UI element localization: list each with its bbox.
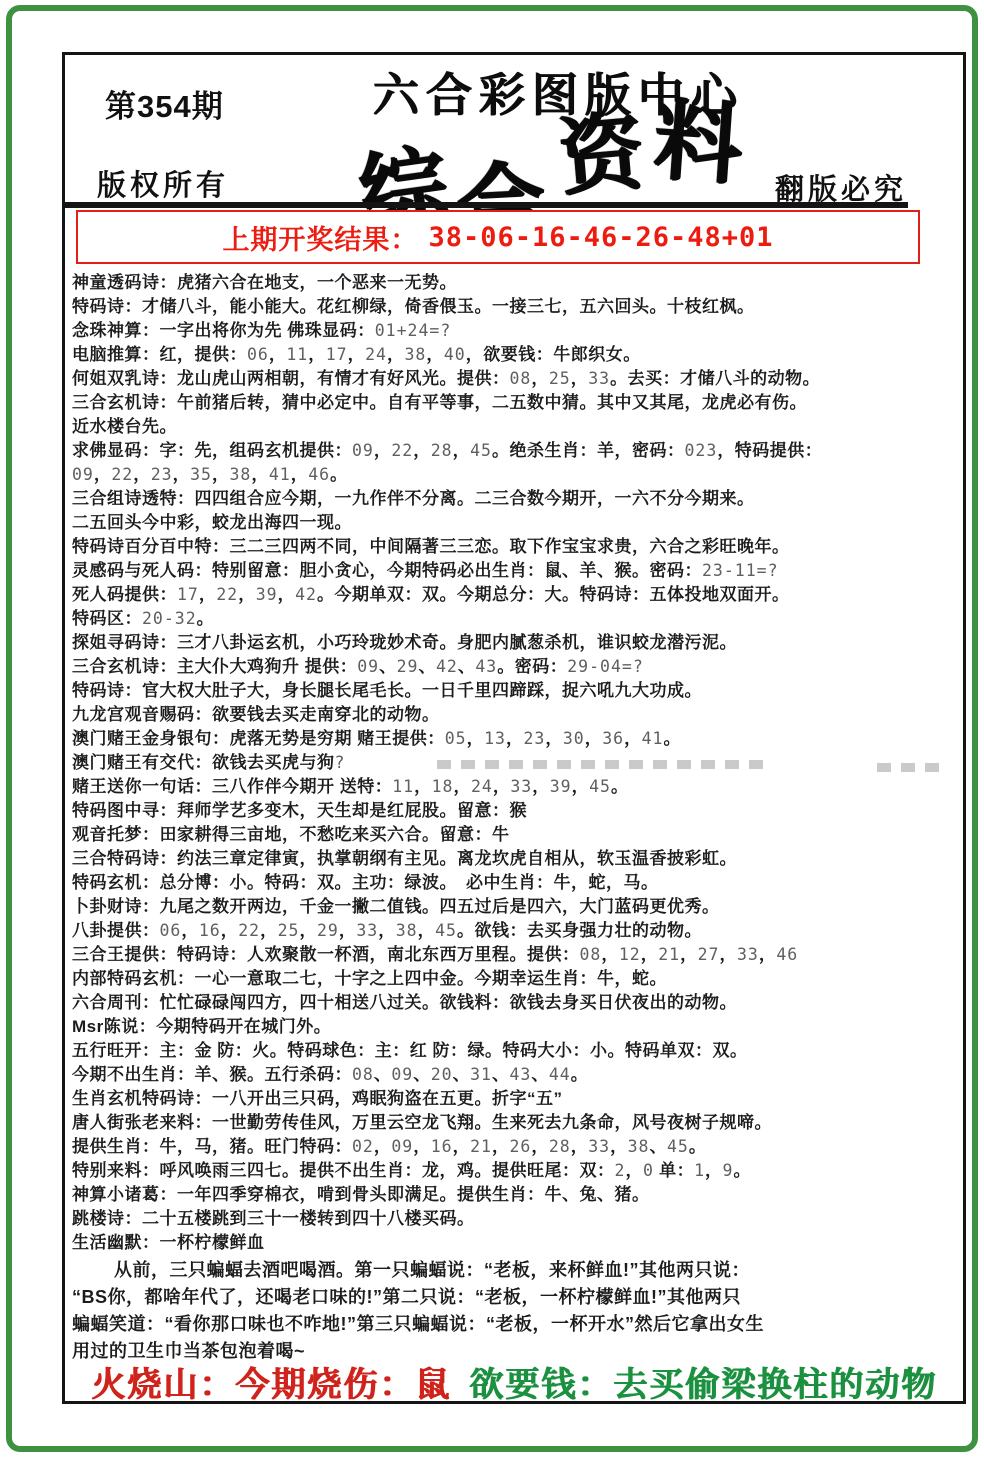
content-box: 第354期 六合彩图版中心 综合资料 版权所有 翻版必究 上期开奖结果： 38-… [62, 52, 966, 1404]
text-line: 六合周刊：忙忙碌碌闯四方，四十相送八过关。欲钱料：欲钱去身买日伏夜出的动物。 [72, 991, 961, 1015]
text-line: 求佛显码：字：先，组码玄机提供：09，22，28，45。绝杀生肖：羊，密码：02… [72, 439, 961, 463]
text-line: 三合玄机诗：午前猪后转，猜中必定中。自有平等事，二五数中猜。其中又其尾，龙虎必有… [72, 391, 961, 415]
footer-banner-green-text: 欲要钱：去买偷梁换柱的动物 [469, 1357, 937, 1406]
text-line: 澳门赌王金身银句：虎落无势是穷期 赌王提供：05，13，23，30，36，41。 [72, 727, 961, 751]
text-line: 跳楼诗：二十五楼跳到三十一楼转到四十八楼买码。 [72, 1207, 961, 1231]
text-line: 蝙蝠笑道：“看你那口味也不咋地!”第三只蝙蝠说：“老板，一杯开水”然后它拿出女生 [72, 1311, 961, 1338]
text-line: 九龙宫观音赐码：欲要钱去买走南穿北的动物。 [72, 703, 961, 727]
text-line: 何姐双乳诗：龙山虎山两相朝，有情才有好风光。提供：08，25，33。去买：才储八… [72, 367, 961, 391]
last-draw-result-numbers: 38-06-16-46-26-48+01 [428, 222, 773, 253]
text-line: 近水楼台先。 [72, 415, 961, 439]
text-line: 生肖玄机特码诗：一八开出三只码，鸡眠狗盗在五更。折字“五” [72, 1087, 961, 1111]
text-line: Msr陈说：今期特码开在城门外。 [72, 1015, 961, 1039]
text-line: 念珠神算：一字出将你为先 佛珠显码：01+24=? [72, 319, 961, 343]
text-line: “BS你，都啥年代了，还喝老口味的!”第二只说：“老板，一杯柠檬鲜血!”其他两只 [72, 1284, 961, 1311]
text-line: 特码区：20-32。 [72, 607, 961, 631]
text-line: 今期不出生肖：羊、猴。五行杀码：08、09、20、31、43、44。 [72, 1063, 961, 1087]
text-line: 三合特码诗：约法三章定律寅，执掌朝纲有主见。离龙坎虎自相从，软玉温香披彩虹。 [72, 847, 961, 871]
footer-banner: 火烧山：今期烧伤：鼠 欲要钱：去买偷梁换柱的动物 [65, 1359, 963, 1403]
text-line: 电脑推算：红，提供：06，11，17，24，38，40，欲要钱：牛郎织女。 [72, 343, 961, 367]
text-line: 观音托梦：田家耕得三亩地，不愁吃来买六合。留意：牛 [72, 823, 961, 847]
text-line: 特码诗：官大权大肚子大，身长腿长尾毛长。一日千里四蹄踩，捉六吼九大功成。 [72, 679, 961, 703]
text-line: 赌王送你一句话：三八作伴今期开 送特：11，18，24，33，39，45。 [72, 775, 961, 799]
text-line: 内部特码玄机：一心一意取二七，十字之上四中金。今期幸运生肖：牛，蛇。 [72, 967, 961, 991]
text-line: 三合王提供：特码诗：人欢聚散一杯酒，南北东西万里程。提供：08，12，21，27… [72, 943, 961, 967]
erased-text-smudge [437, 760, 767, 769]
text-line: 特别来料：呼风唤雨三四七。提供不出生肖：龙，鸡。提供旺尾：双：2，0 单：1，9… [72, 1159, 961, 1183]
text-line: 灵感码与死人码：特别留意：胆小贪心，今期特码必出生肖：鼠、羊、猴。密码：23-1… [72, 559, 961, 583]
last-draw-result-label: 上期开奖结果： [222, 218, 418, 257]
text-line: 神童透码诗：虎猪六合在地支，一个恶来一无势。 [72, 271, 961, 295]
issue-number: 第354期 [105, 81, 224, 126]
copyright-left: 版权所有 [97, 163, 229, 204]
text-line: 特码图中寻：拜师学艺多变木，天生却是红屁股。留意：猴 [72, 799, 961, 823]
text-line: 探姐寻码诗：三才八卦运玄机，小巧玲珑妙术奇。身肥内腻葱杀机，谁识蛟龙潜污泥。 [72, 631, 961, 655]
text-line: 死人码提供：17，22，39，42。今期单双：双。今期总分：大。特码诗：五体投地… [72, 583, 961, 607]
erased-text-smudge [877, 763, 943, 772]
text-line: 特码诗百分百中特：三二三四两不同，中间隔著三三恋。取下作宝宝求贵，六合之彩旺晚年… [72, 535, 961, 559]
text-line: 特码玄机：总分博：小。特码：双。主功：绿波。 必中生肖：牛，蛇，马。 [72, 871, 961, 895]
last-draw-result-box: 上期开奖结果： 38-06-16-46-26-48+01 [76, 210, 920, 264]
text-line: 特码诗：才储八斗，能小能大。花红柳绿，倚香偎玉。一接三七，五六回头。十枝红枫。 [72, 295, 961, 319]
main-title-calligraphy: 综合资料 [358, 85, 726, 211]
text-line: 从前，三只蝙蝠去酒吧喝酒。第一只蝙蝠说：“老板，来杯鲜血!”其他两只说： [72, 1257, 961, 1284]
text-line: 生活幽默：一杯柠檬鲜血 [72, 1231, 961, 1255]
humor-story-block: 从前，三只蝙蝠去酒吧喝酒。第一只蝙蝠说：“老板，来杯鲜血!”其他两只说：“BS你… [72, 1257, 961, 1365]
text-line: 神算小诸葛：一年四季穿棉衣，啃到骨头即满足。提供生肖：牛、兔、猪。 [72, 1183, 961, 1207]
text-line: 唐人街张老来料：一世勤劳传佳风，万里云空龙飞翔。生来死去九条命，风号夜树子规啼。 [72, 1111, 961, 1135]
text-line: 二五回头今中彩，蛟龙出海四一现。 [72, 511, 961, 535]
header-divider-rule [65, 202, 908, 208]
text-line: 八卦提供：06，16，22，25，29，33，38，45。欲钱：去买身强力壮的动… [72, 919, 961, 943]
text-line: 三合组诗透特：四四组合应今期，一九作伴不分离。二三合数今期开，一六不分今期来。 [72, 487, 961, 511]
text-line: 三合玄机诗：主大仆大鸡狗升 提供：09、29、42、43。密码：29-04=? [72, 655, 961, 679]
footer-banner-red-text: 火烧山：今期烧伤：鼠 [91, 1357, 451, 1406]
text-line: 卜卦财诗：九尾之数开两边，千金一撇二值钱。四五过后是四六，大门蓝码更优秀。 [72, 895, 961, 919]
text-line: 提供生肖：牛，马，猪。旺门特码：02，09，16，21，26，28，33，38、… [72, 1135, 961, 1159]
text-line: 09，22，23，35，38，41，46。 [72, 463, 961, 487]
text-line: 五行旺开：主：金 防：火。特码球色：主：红 防：绿。特码大小：小。特码单双：双。 [72, 1039, 961, 1063]
